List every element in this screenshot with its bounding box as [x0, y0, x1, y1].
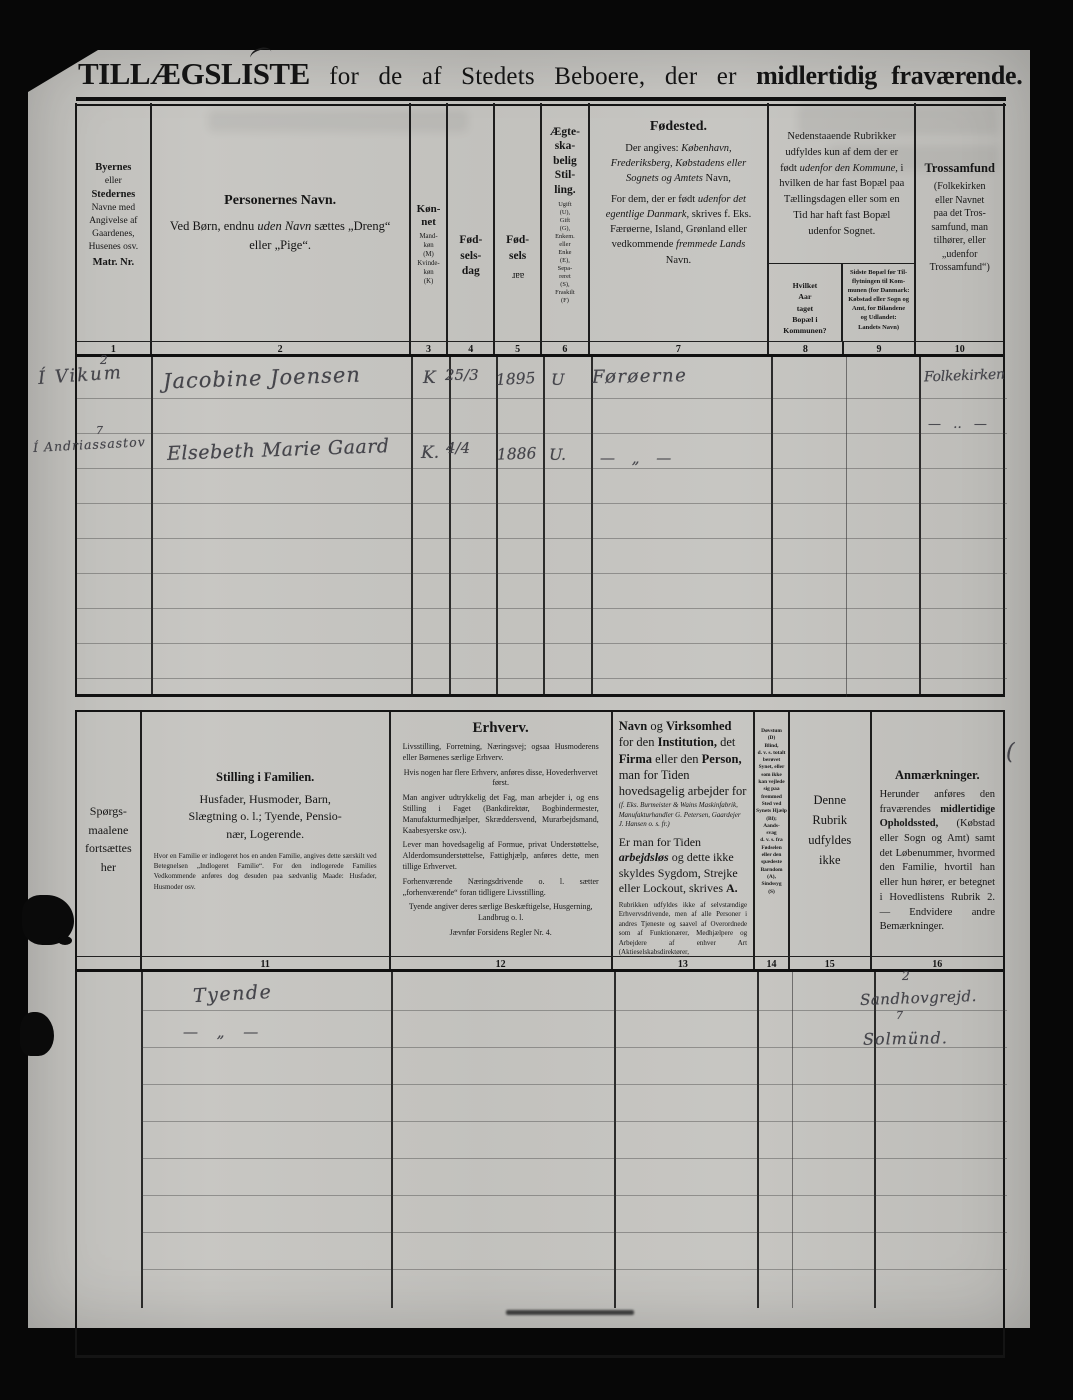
col-number: 4: [448, 342, 495, 354]
page-title: TILLÆGSLISTE for de af Stedets Beboere, …: [78, 56, 1008, 96]
column-header-6-aegteskabelig: Ægte- ska- belig Stil- ling. Ugift (U), …: [542, 103, 590, 341]
title-lead: TILLÆGSLISTE: [78, 56, 310, 91]
entry-row2-faith-ditto: — ‥ —: [928, 417, 991, 432]
col-number: 16: [872, 957, 1003, 969]
pen-mark-parenthesis: (: [1006, 740, 1015, 765]
col-number: 11: [142, 957, 391, 969]
entry-row1-remark-number: 2: [902, 969, 910, 983]
column-header-12-erhverv: Erhverv. Livsstilling, Forretning, Nærin…: [391, 712, 613, 956]
bottom-table-header: Spørgs- maalene fortsættes her Stilling …: [77, 712, 1003, 956]
entry-row2-birthplace-ditto: — „ —: [600, 449, 677, 467]
entry-row1-sex: K: [423, 368, 436, 388]
entry-row2-birth-day: 4/4: [446, 439, 470, 457]
entry-row2-remark-number: 7: [896, 1009, 903, 1022]
col-number: 5: [495, 342, 542, 354]
col-number: 13: [613, 957, 755, 969]
column-header-9-sidste-bopael: Sidste Bopæl før Til- flytningen til Kom…: [843, 264, 915, 341]
scan-edge-notch: [806, 0, 828, 22]
col-number: 2: [152, 342, 411, 354]
col-number: 8: [769, 342, 844, 354]
col-number: 12: [391, 957, 613, 969]
top-table-number-row: 1 2 3 4 5 6 7 8 9 10: [77, 341, 1003, 357]
side-label-continuation: Spørgs- maalene fortsættes her: [77, 712, 142, 956]
entry-row2-marital: U.: [549, 445, 566, 464]
top-table-data-area: [77, 357, 1003, 697]
scanned-census-page: TILLÆGSLISTE for de af Stedets Beboere, …: [0, 0, 1073, 1400]
scan-edge-notch: [672, 0, 710, 30]
entry-row2-sex: K.: [421, 443, 439, 463]
rotated-aar-text: aar: [512, 270, 524, 281]
column-header-11-stilling: Stilling i Familien. Husfader, Husmoder,…: [142, 712, 391, 956]
paper-sheet: TILLÆGSLISTE for de af Stedets Beboere, …: [28, 50, 1030, 1328]
top-table-header: Byernes eller Stedernes Navne med Angive…: [77, 103, 1003, 341]
col-number: 15: [790, 957, 872, 969]
col1-bold3: Matr. Nr.: [77, 256, 150, 270]
printer-imprint-smudge: [506, 1310, 634, 1315]
col7-para2: For dem, der er født udenfor det egentli…: [600, 192, 757, 268]
entry-row1-birthplace: Førøerne: [592, 365, 688, 388]
column-header-2-navn: Personernes Navn. Ved Børn, endnu uden N…: [152, 103, 411, 341]
col1-bold1: Byernes: [77, 161, 150, 175]
entry-row2-place-number: 7: [96, 424, 103, 437]
column-header-4-foedselsdag: Fød- sels- dag: [448, 103, 495, 341]
ink-speckle: [58, 936, 72, 945]
column-header-3-koen: Køn- net Mand- køn (M) Kvinde- køn (K): [411, 103, 449, 341]
title-middle: for de af Stedets Beboere, der er: [329, 63, 736, 90]
col-number: 1: [77, 342, 152, 354]
group-8-9-text: Nedenstaaende Rubrikker udfyldes kun af …: [769, 103, 914, 263]
column-header-13-arbejdsgiver: Navn og Virksomhed for den Institution, …: [613, 712, 755, 956]
entry-row2-position-ditto: — „ —: [183, 1023, 265, 1041]
entry-row2-remark: Solmünd.: [863, 1028, 948, 1048]
col-number-empty: [77, 957, 142, 969]
entry-row2-birth-year: 1886: [497, 444, 537, 463]
col-number: 9: [844, 342, 917, 354]
column-header-10-trossamfund: Trossamfund (Folkekirken eller Navnet pa…: [916, 103, 1003, 341]
col-number: 7: [590, 342, 769, 354]
entry-row1-birth-year: 1895: [496, 369, 536, 389]
col1-plain2: Navne med Angivelse af Gaardenes, Husene…: [77, 202, 150, 253]
col-number: 6: [542, 342, 590, 354]
col7-para1: Der angives: København, Frederiksberg, K…: [600, 141, 757, 187]
ink-blob: [20, 1012, 54, 1056]
column-header-7-foedested: Fødested. Der angives: København, Freder…: [590, 103, 769, 341]
entry-row1-position: Tyende: [192, 981, 272, 1007]
col13-lead: Navn og Virksomhed for den Institution, …: [619, 718, 747, 799]
col1-plain1: eller: [77, 175, 150, 188]
column-header-1-stednavn: Byernes eller Stedernes Navne med Angive…: [77, 103, 152, 341]
sub-columns-8-9: Hvilket Aar taget Bopæl i Kommunen? Sids…: [769, 263, 914, 341]
col-number: 3: [411, 342, 449, 354]
col2-subtitle: Ved Børn, endnu uden Navn sættes „Dreng“…: [170, 217, 391, 255]
column-header-16-anmaerkninger: Anmærkninger. Herunder anføres den fravæ…: [872, 712, 1003, 956]
column-header-8-9-group: Nedenstaaende Rubrikker udfyldes kun af …: [769, 103, 916, 341]
column-header-15-udfyldes-ikke: Denne Rubrik udfyldes ikke: [790, 712, 872, 956]
column-header-14-handicap: Døvstum (D) Blind, d. v. s. totalt berøv…: [755, 712, 790, 956]
col1-bold2: Stedernes: [77, 188, 150, 202]
column-header-5-foedselsaar: Fød- sels aar: [495, 103, 542, 341]
col16-body: Herunder anføres den fraværendes midlert…: [880, 788, 995, 935]
col-number: 14: [755, 957, 790, 969]
entry-row1-faith: Folkekirken: [924, 367, 1005, 386]
bottom-table-number-row: 11 12 13 14 15 16: [77, 956, 1003, 972]
title-tail: midlertidig fraværende.: [756, 61, 1022, 90]
entry-row1-birth-day: 25/3: [445, 366, 479, 384]
col2-title: Personernes Navn.: [170, 193, 391, 209]
column-header-8-aar: Hvilket Aar taget Bopæl i Kommunen?: [769, 264, 843, 341]
col13-para2: Er man for Tiden arbejdsløs og dette ikk…: [619, 835, 747, 897]
entry-row1-marital: U: [551, 370, 564, 389]
top-table: Byernes eller Stedernes Navne med Angive…: [75, 103, 1005, 697]
col-number: 10: [916, 342, 1003, 354]
